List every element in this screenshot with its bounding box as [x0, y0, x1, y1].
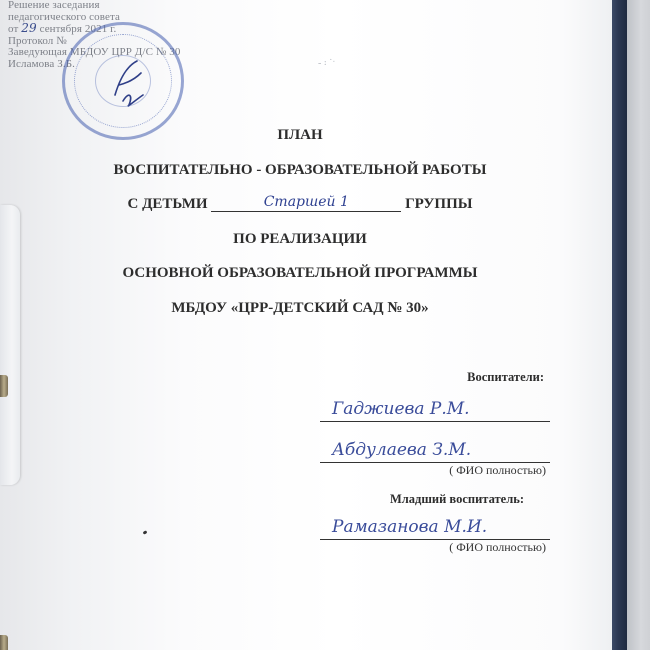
document-page: Решение заседания педагогического совета… [0, 0, 612, 650]
junior-educator-hint: ( ФИО полностью) [300, 540, 550, 555]
group-name-field: Старшей 1 [211, 193, 401, 212]
approval-line: Решение заседания [8, 0, 181, 12]
binder-ring-icon [0, 635, 8, 650]
binder-ring-icon [0, 375, 8, 397]
title-block: ПЛАН ВОСПИТАТЕЛЬНО - ОБРАЗОВАТЕЛЬНОЙ РАБ… [40, 118, 560, 325]
signature-icon [107, 55, 147, 111]
title-implementation: ПО РЕАЛИЗАЦИИ [40, 222, 560, 257]
title-program: ОСНОВНОЙ ОБРАЗОВАТЕЛЬНОЙ ПРОГРАММЫ [40, 256, 560, 291]
scan-speck [143, 530, 148, 535]
date-prefix: от [8, 23, 18, 35]
title-plan: ПЛАН [40, 118, 560, 153]
staff-block: Воспитатели: Гаджиева Р.М. Абдулаева З.М… [300, 370, 550, 555]
binder-clip [0, 205, 20, 485]
folder-spine [612, 0, 627, 650]
title-work-type: ВОСПИТАТЕЛЬНО - ОБРАЗОВАТЕЛЬНОЙ РАБОТЫ [40, 153, 560, 188]
junior-educator-name-field: Рамазанова М.И. [320, 515, 550, 540]
scan-artifact: - ꞉ ˙ˑ [318, 58, 335, 69]
date-day-handwritten: 29 [21, 21, 36, 35]
educators-hint: ( ФИО полностью) [300, 463, 550, 478]
educator-name-field: Гаджиева Р.М. [320, 397, 550, 422]
title-institution: МБДОУ «ЦРР-ДЕТСКИЙ САД № 30» [40, 291, 560, 326]
scan-backdrop [627, 0, 650, 650]
title-children-prefix: С ДЕТЬМИ [128, 196, 208, 212]
title-group-suffix: ГРУППЫ [405, 196, 472, 212]
educators-label: Воспитатели: [300, 370, 550, 385]
educator-name-field: Абдулаева З.М. [320, 438, 550, 463]
junior-educator-label: Младший воспитатель: [300, 492, 550, 507]
title-group-line: С ДЕТЬМИ Старшей 1 ГРУППЫ [40, 187, 560, 222]
